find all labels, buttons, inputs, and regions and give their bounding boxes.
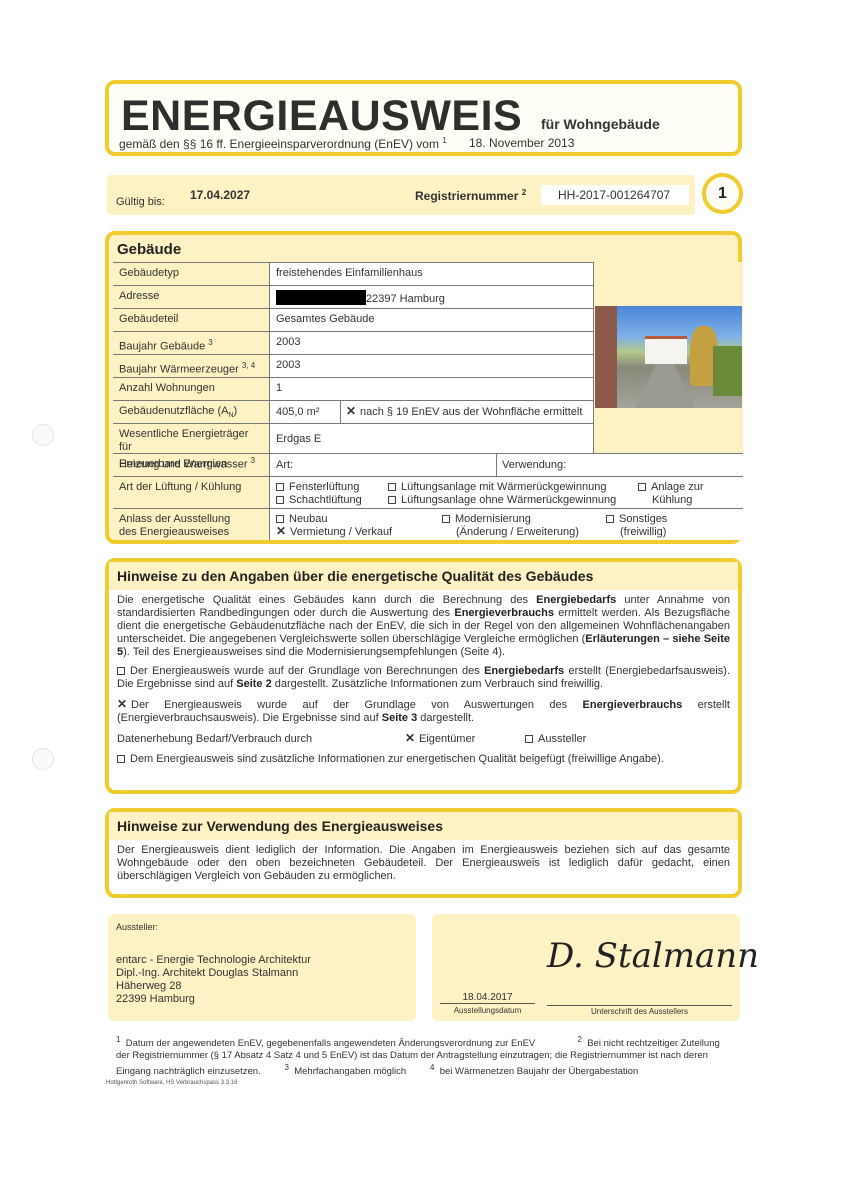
area-value: 405,0 m² bbox=[276, 406, 319, 419]
table-row: GebäudeteilGesamtes Gebäude bbox=[113, 308, 593, 331]
registration-number: HH-2017-001264707 bbox=[541, 185, 689, 205]
option-demand-certificate: Der Energieausweis wurde auf der Grundla… bbox=[109, 665, 738, 691]
table-row: Baujahr Wärmeerzeuger 3, 42003 bbox=[113, 354, 593, 377]
occasion-option[interactable]: ✕Vermietung / Verkauf bbox=[276, 526, 392, 539]
owner-checkbox[interactable]: ✕Eigentümer bbox=[405, 733, 475, 746]
house-photo bbox=[595, 306, 742, 408]
checkbox-icon bbox=[276, 496, 284, 504]
row-value: Gesamtes Gebäude bbox=[269, 309, 593, 331]
row-value: 1 bbox=[269, 378, 593, 400]
table-row: Gebäudetypfreistehendes Einfamilienhaus bbox=[113, 262, 593, 285]
ventilation-option[interactable]: Anlage zurKühlung bbox=[638, 481, 704, 507]
quality-notes-title: Hinweise zu den Angaben über die energet… bbox=[109, 562, 738, 590]
occasion-option[interactable]: Modernisierung(Änderung / Erweiterung) bbox=[442, 513, 579, 539]
building-section: Gebäude Gebäudetypfreistehendes Einfamil… bbox=[105, 231, 742, 544]
row-value: 2003 bbox=[269, 355, 593, 377]
checkbox-icon bbox=[276, 483, 284, 491]
row-label: Art der Lüftung / Kühlung bbox=[113, 477, 269, 509]
document-title: ENERGIEAUSWEIS bbox=[121, 92, 522, 141]
checked-x-icon: ✕ bbox=[276, 526, 286, 536]
table-row: Anlass der Ausstellungdes Energieausweis… bbox=[113, 508, 743, 540]
ventilation-option[interactable]: Lüftungsanlage mit Wärmerückgewinnung bbox=[388, 481, 606, 494]
table-row: Erneuerbare EnergienArt:Verwendung: bbox=[113, 453, 743, 476]
renewables-use: Verwendung: bbox=[502, 459, 566, 472]
issue-date-label: Ausstellungsdatum bbox=[440, 1006, 535, 1015]
table-row: Gebäudenutzfläche (AN)405,0 m²✕nach § 19… bbox=[113, 400, 593, 423]
table-row: Baujahr Gebäude 32003 bbox=[113, 331, 593, 354]
quality-notes-section: Hinweise zu den Angaben über die energet… bbox=[105, 558, 742, 794]
area-method-checkbox[interactable]: ✕nach § 19 EnEV aus der Wohnfläche ermit… bbox=[346, 406, 582, 419]
row-label: Erneuerbare Energien bbox=[113, 454, 269, 477]
page-number-badge: 1 bbox=[702, 173, 743, 214]
signature-label: Unterschrift des Ausstellers bbox=[547, 1007, 732, 1016]
option-consumption-certificate: ✕Der Energieausweis wurde auf der Grundl… bbox=[109, 699, 738, 725]
row-label: Adresse bbox=[113, 286, 269, 309]
checkbox-icon bbox=[442, 515, 450, 523]
row-label: Baujahr Gebäude 3 bbox=[113, 332, 269, 355]
ventilation-option[interactable]: Schachtlüftung bbox=[276, 494, 362, 507]
checkbox-icon bbox=[606, 515, 614, 523]
row-label: Anzahl Wohnungen bbox=[113, 378, 269, 401]
row-value: Erdgas E bbox=[269, 424, 593, 453]
punch-hole-top bbox=[32, 424, 54, 446]
issuer-checkbox[interactable]: Aussteller bbox=[525, 733, 586, 746]
checkbox-icon bbox=[525, 735, 533, 743]
quality-intro: Die energetische Qualität eines Gebäudes… bbox=[109, 594, 738, 659]
row-label: Anlass der Ausstellungdes Energieausweis… bbox=[113, 509, 269, 541]
ventilation-option[interactable]: Lüftungsanlage ohne Wärmerückgewinnung bbox=[388, 494, 616, 507]
row-value: 405,0 m²✕nach § 19 EnEV aus der Wohnfläc… bbox=[269, 401, 593, 423]
issuer-box: Aussteller: entarc - Energie Technologie… bbox=[108, 914, 416, 1021]
regulation-text: gemäß den §§ 16 ff. Energieeinsparverord… bbox=[119, 136, 447, 151]
checkbox-icon bbox=[117, 755, 125, 763]
usage-notes-section: Hinweise zur Verwendung des Energieauswe… bbox=[105, 808, 742, 898]
document-subtitle: für Wohngebäude bbox=[541, 116, 660, 132]
usage-notes-text: Der Energieausweis dient lediglich der I… bbox=[109, 844, 738, 883]
software-credit: Hottgenroth Software, HS Verbrauchspass … bbox=[106, 1080, 237, 1086]
row-value: FensterlüftungSchachtlüftungLüftungsanla… bbox=[269, 477, 743, 508]
row-label: Gebäudetyp bbox=[113, 263, 269, 286]
additional-info-option[interactable]: Dem Energieausweis sind zusätzliche Info… bbox=[109, 753, 738, 766]
row-label: Baujahr Wärmeerzeuger 3, 4 bbox=[113, 355, 269, 378]
checkbox-icon bbox=[276, 515, 284, 523]
table-row: Art der Lüftung / KühlungFensterlüftungS… bbox=[113, 476, 743, 508]
checked-x-icon: ✕ bbox=[346, 406, 356, 416]
photo-cell bbox=[593, 262, 743, 453]
title-box: ENERGIEAUSWEIS für Wohngebäude gemäß den… bbox=[105, 80, 742, 156]
row-value: Art:Verwendung: bbox=[269, 454, 743, 476]
table-row: Wesentliche Energieträger fürHeizung und… bbox=[113, 423, 593, 453]
ventilation-option[interactable]: Fensterlüftung bbox=[276, 481, 359, 494]
row-value: 22397 Hamburg bbox=[269, 286, 593, 308]
checkbox-icon bbox=[638, 483, 646, 491]
row-label: Wesentliche Energieträger fürHeizung und… bbox=[113, 424, 269, 454]
footnotes: 1 Datum der angewendeten EnEV, gegebenen… bbox=[116, 1034, 736, 1078]
issue-date: 18.04.2017 bbox=[440, 992, 535, 1004]
registration-label: Registriernummer 2 bbox=[415, 188, 526, 203]
signature-box: 18.04.2017 Ausstellungsdatum D. Stalmann… bbox=[432, 914, 740, 1021]
building-section-title: Gebäude bbox=[109, 235, 738, 263]
row-value: Neubau✕Vermietung / VerkaufModernisierun… bbox=[269, 509, 743, 540]
valid-label: Gültig bis: bbox=[116, 196, 165, 208]
registration-bar: Gültig bis: 17.04.2027 Registriernummer … bbox=[107, 175, 695, 215]
checked-x-icon: ✕ bbox=[405, 733, 415, 743]
table-row: Adresse22397 Hamburg bbox=[113, 285, 593, 308]
row-label: Gebäudeteil bbox=[113, 309, 269, 332]
occasion-option[interactable]: Sonstiges(freiwillig) bbox=[606, 513, 667, 539]
row-value: 2003 bbox=[269, 332, 593, 354]
table-row: Anzahl Wohnungen1 bbox=[113, 377, 593, 400]
data-collection-row: Datenerhebung Bedarf/Verbrauch durch ✕Ei… bbox=[109, 733, 738, 747]
redacted-block bbox=[276, 290, 366, 305]
data-collection-label: Datenerhebung Bedarf/Verbrauch durch bbox=[117, 733, 312, 746]
regulation-date: 18. November 2013 bbox=[469, 136, 574, 150]
checkbox-icon bbox=[388, 496, 396, 504]
valid-until: 17.04.2027 bbox=[190, 188, 250, 202]
issuer-address: entarc - Energie Technologie Architektur… bbox=[116, 954, 311, 1006]
building-table: Gebäudetypfreistehendes EinfamilienhausA… bbox=[113, 262, 743, 542]
signature: D. Stalmann bbox=[547, 936, 732, 976]
row-value: freistehendes Einfamilienhaus bbox=[269, 263, 593, 285]
checkbox-icon bbox=[117, 667, 125, 675]
checkbox-icon bbox=[388, 483, 396, 491]
usage-notes-title: Hinweise zur Verwendung des Energieauswe… bbox=[109, 812, 738, 840]
punch-hole-bottom bbox=[32, 748, 54, 770]
renewables-type: Art: bbox=[276, 459, 293, 472]
row-label: Gebäudenutzfläche (AN) bbox=[113, 401, 269, 424]
checked-x-icon: ✕ bbox=[117, 699, 127, 709]
issuer-label: Aussteller: bbox=[116, 922, 158, 932]
